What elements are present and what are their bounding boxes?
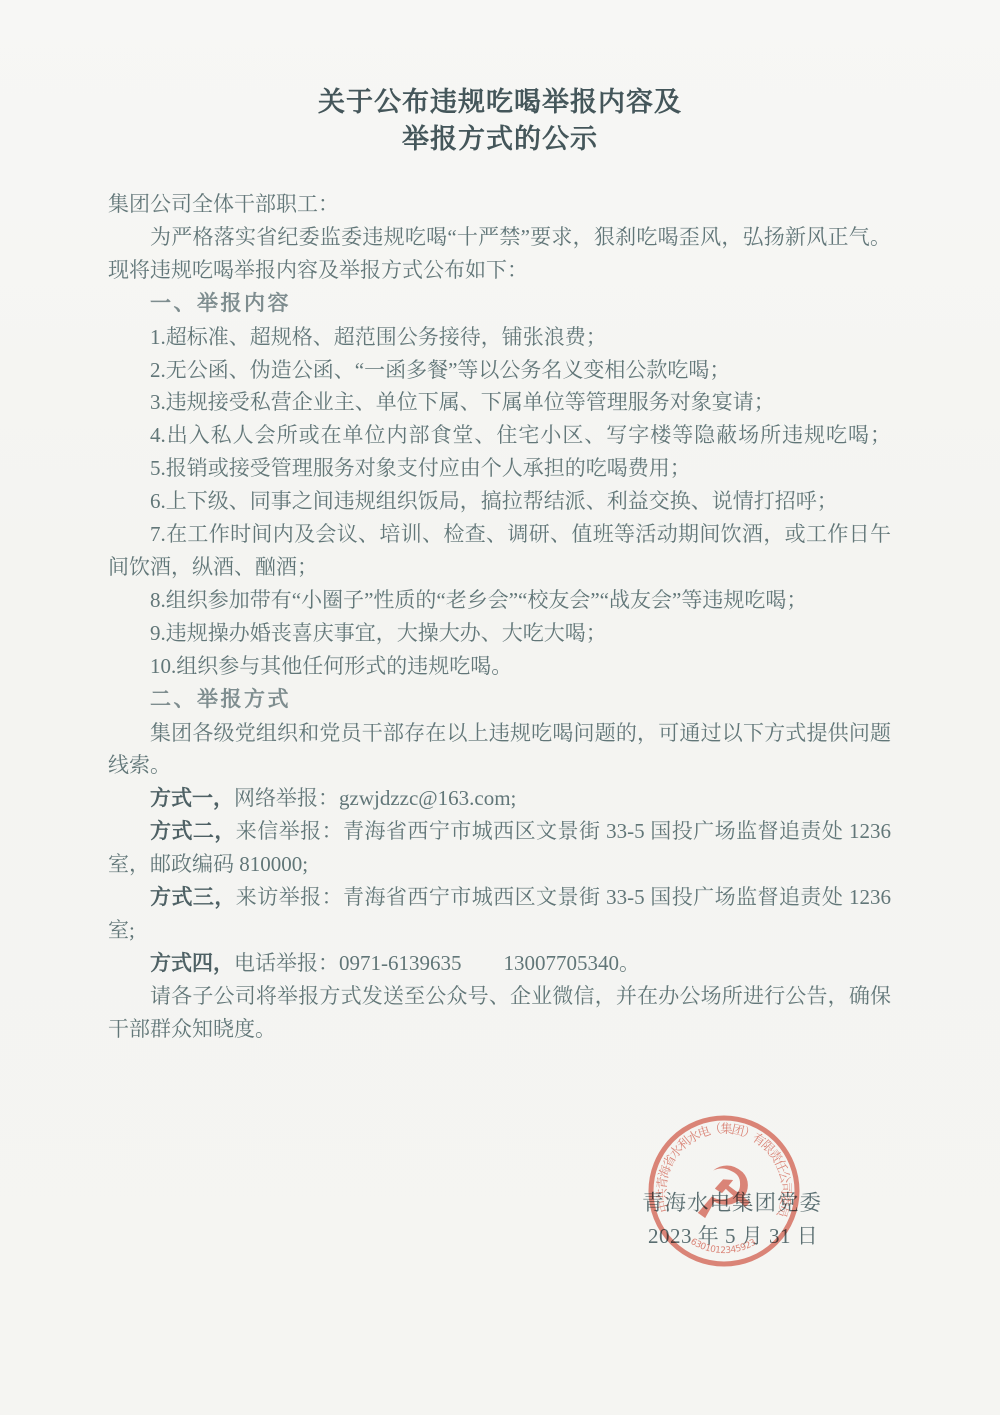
doc-line: 4.出入私人会所或在单位内部食堂、住宅小区、写字楼等隐蔽场所违规吃喝； [108, 419, 891, 452]
doc-line-text: 集团公司全体干部职工： [108, 192, 339, 216]
document-title-line-1: 关于公布违规吃喝举报内容及 [0, 84, 1000, 121]
doc-line: 一、举报内容 [108, 287, 891, 321]
doc-line-bold-segment: 方式三， [150, 885, 236, 909]
doc-line-bold-segment: 方式二， [150, 819, 236, 843]
official-seal: 中共青海省水利水电（集团）有限责任公司委员会 ☭ 6301012345923 [644, 1112, 804, 1272]
doc-line-text: 干部群众知晓度。 [108, 1017, 276, 1041]
doc-line-text: 5.报销或接受管理服务对象支付应由个人承担的吃喝费用； [150, 456, 691, 480]
doc-line: 3.违规接受私营企业主、单位下属、下属单位等管理服务对象宴请； [108, 386, 891, 419]
doc-line: 干部群众知晓度。 [108, 1013, 891, 1046]
doc-line-heading-segment: 二、举报方式 [150, 688, 291, 711]
doc-line-text: 为严格落实省纪委监委违规吃喝“十严禁”要求，狠刹吃喝歪风，弘扬新风正气。 [150, 225, 891, 249]
document-body: 集团公司全体干部职工：为严格落实省纪委监委违规吃喝“十严禁”要求，狠刹吃喝歪风，… [108, 188, 891, 1046]
doc-line-text: 室，邮政编码 810000; [108, 852, 308, 876]
doc-line-text: 来信举报：青海省西宁市城西区文景街 33-5 国投广场监督追责处 1236 [236, 819, 891, 843]
doc-line: 10.组织参与其他任何形式的违规吃喝。 [108, 650, 891, 683]
doc-line-heading-segment: 一、举报内容 [150, 292, 291, 315]
doc-line-text: 间饮酒，纵酒、酗酒； [108, 555, 318, 579]
doc-line-bold-segment: 方式四， [150, 951, 234, 975]
document-title: 关于公布违规吃喝举报内容及 举报方式的公示 [0, 84, 1000, 158]
doc-line-text: 8.组织参加带有“小圈子”性质的“老乡会”“校友会”“战友会”等违规吃喝； [150, 588, 807, 612]
doc-line-text: 1.超标准、超规格、超范围公务接待，铺张浪费； [150, 325, 607, 349]
doc-line-text: 6.上下级、同事之间违规组织饭局，搞拉帮结派、利益交换、说情打招呼； [150, 489, 838, 513]
doc-line-text: 7.在工作时间内及会议、培训、检查、调研、值班等活动期间饮酒，或工作日午 [150, 522, 891, 546]
doc-line: 方式四，电话举报：0971-6139635 13007705340。 [108, 947, 891, 980]
doc-line: 请各子公司将举报方式发送至公众号、企业微信，并在办公场所进行公告，确保 [108, 980, 891, 1013]
doc-line-text: 2.无公函、伪造公函、“一函多餐”等以公务名义变相公款吃喝； [150, 358, 730, 382]
doc-line: 方式二，来信举报：青海省西宁市城西区文景街 33-5 国投广场监督追责处 123… [108, 815, 891, 848]
doc-line-text: 来访举报：青海省西宁市城西区文景街 33-5 国投广场监督追责处 1236 [236, 885, 891, 909]
doc-line-text: 10.组织参与其他任何形式的违规吃喝。 [150, 654, 512, 678]
document-title-line-2: 举报方式的公示 [0, 121, 1000, 158]
doc-line: 集团各级党组织和党员干部存在以上违规吃喝问题的，可通过以下方式提供问题 [108, 717, 891, 750]
doc-line: 5.报销或接受管理服务对象支付应由个人承担的吃喝费用； [108, 452, 891, 485]
doc-line: 2.无公函、伪造公函、“一函多餐”等以公务名义变相公款吃喝； [108, 354, 891, 387]
doc-line: 为严格落实省纪委监委违规吃喝“十严禁”要求，狠刹吃喝歪风，弘扬新风正气。 [108, 221, 891, 254]
doc-line-bold-segment: 方式一， [150, 786, 234, 810]
doc-line: 方式一，网络举报：gzwjdzzc@163.com; [108, 782, 891, 815]
party-emblem-icon: ☭ [692, 1151, 757, 1235]
doc-line-text: 3.违规接受私营企业主、单位下属、下属单位等管理服务对象宴请； [150, 390, 775, 414]
doc-line: 集团公司全体干部职工： [108, 188, 891, 221]
doc-line-text: 集团各级党组织和党员干部存在以上违规吃喝问题的，可通过以下方式提供问题 [150, 721, 891, 745]
doc-line-text: 电话举报：0971-6139635 13007705340。 [234, 951, 640, 975]
doc-line: 7.在工作时间内及会议、培训、检查、调研、值班等活动期间饮酒，或工作日午 [108, 518, 891, 551]
doc-line-text: 室; [108, 918, 135, 942]
doc-line: 6.上下级、同事之间违规组织饭局，搞拉帮结派、利益交换、说情打招呼； [108, 485, 891, 518]
doc-line-text: 网络举报：gzwjdzzc@163.com; [234, 786, 516, 810]
doc-line-text: 请各子公司将举报方式发送至公众号、企业微信，并在办公场所进行公告，确保 [150, 984, 891, 1008]
doc-line: 现将违规吃喝举报内容及举报方式公布如下： [108, 254, 891, 287]
doc-line-text: 4.出入私人会所或在单位内部食堂、住宅小区、写字楼等隐蔽场所违规吃喝； [150, 423, 891, 447]
doc-line: 方式三，来访举报：青海省西宁市城西区文景街 33-5 国投广场监督追责处 123… [108, 881, 891, 914]
seal-serial-number: 6301012345923 [688, 1237, 758, 1256]
doc-line: 9.违规操办婚丧喜庆事宜，大操大办、大吃大喝； [108, 617, 891, 650]
doc-line: 线索。 [108, 749, 891, 782]
scanned-notice-page: 关于公布违规吃喝举报内容及 举报方式的公示 集团公司全体干部职工：为严格落实省纪… [0, 0, 1000, 1415]
doc-line: 8.组织参加带有“小圈子”性质的“老乡会”“校友会”“战友会”等违规吃喝； [108, 584, 891, 617]
doc-line-text: 9.违规操办婚丧喜庆事宜，大操大办、大吃大喝； [150, 621, 607, 645]
doc-line: 室，邮政编码 810000; [108, 848, 891, 881]
doc-line: 间饮酒，纵酒、酗酒； [108, 551, 891, 584]
doc-line: 1.超标准、超规格、超范围公务接待，铺张浪费； [108, 321, 891, 354]
doc-line-text: 线索。 [108, 753, 171, 777]
doc-line: 室; [108, 914, 891, 947]
doc-line-text: 现将违规吃喝举报内容及举报方式公布如下： [108, 258, 528, 282]
doc-line: 二、举报方式 [108, 683, 891, 717]
